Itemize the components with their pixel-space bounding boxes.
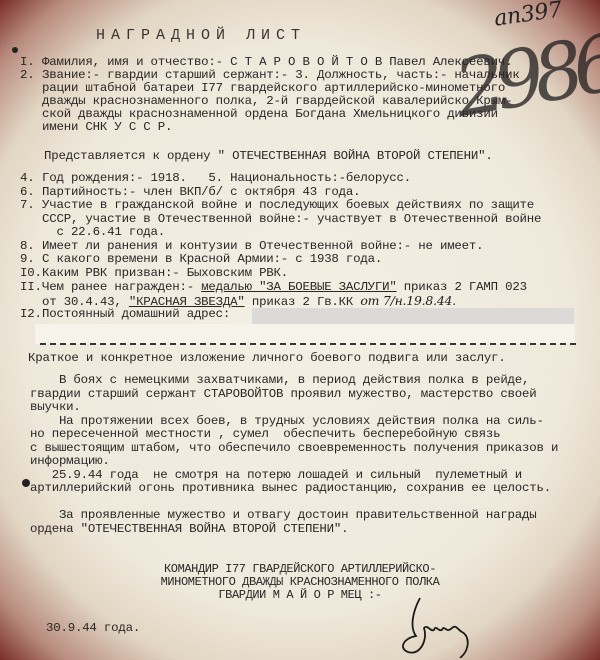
field-text: Имеет ли ранения и контузии в Отечествен… [42, 239, 483, 253]
field-text: дважды краснознаменного полка, 2-й гвард… [42, 94, 512, 108]
field-number: II. [20, 281, 42, 294]
field-text: СССР, участие в Отечественной войне:- уч… [42, 212, 541, 226]
signature-icon [400, 588, 490, 658]
narrative-line: гвардии старший сержант СТАРОВОЙТОВ проя… [30, 388, 537, 401]
field-line: 7.Участие в гражданской войне и последую… [20, 199, 534, 212]
field-text: с 22.6.41 года. [42, 225, 165, 239]
field-number: I0. [20, 267, 42, 280]
field-text: рации штабной батареи I77 гвардейского а… [42, 81, 505, 95]
previous-award-medal: медалью "ЗА БОЕВЫЕ ЗАСЛУГИ" [201, 280, 396, 294]
field-line: имени СНК У С С Р. [42, 121, 172, 134]
field-line: с 22.6.41 года. [42, 226, 165, 239]
field-number: 6. [20, 186, 42, 199]
narrative-line: выучки. [30, 401, 81, 414]
narrative-line: но пересеченной местности , сумел обеспе… [30, 428, 500, 441]
field-line: СССР, участие в Отечественной войне:- уч… [42, 213, 541, 226]
narrative-line: На протяжении всех боев, в трудных услов… [30, 415, 544, 428]
field-text: Участие в гражданской войне и последующи… [42, 198, 534, 212]
field-text: Фамилия, имя и отчество:- С Т А Р О В О … [42, 55, 512, 69]
field-text: Звание:- гвардии старший сержант:- 3. До… [42, 68, 520, 82]
field-text: С какого времени в Красной Армии:- с 193… [42, 252, 382, 266]
field-number: 9. [20, 253, 42, 266]
field-text: имени СНК У С С Р. [42, 120, 172, 134]
narrative-line: 25.9.44 года не смотря на потерю лошадей… [30, 469, 522, 482]
dashed-separator [40, 343, 576, 348]
narrative-line: с вышестоящим штабом, что обеспечило сво… [30, 442, 558, 455]
field-text: ской дважды краснознаменной ордена Богда… [42, 107, 498, 121]
field-line: 4.Год рождения:- 1918. 5. Национальность… [20, 172, 411, 185]
field-line: 9.С какого времени в Красной Армии:- с 1… [20, 253, 382, 266]
award-sheet: ап397 2986 НАГРАДНОЙ ЛИСТ I.Фамилия, имя… [0, 0, 600, 660]
field-line: 6.Партийность:- член ВКП/б/ с октября 43… [20, 186, 360, 199]
archive-number: ап397 [493, 3, 562, 26]
field-line: 8.Имеет ли ранения и контузии в Отечеств… [20, 240, 483, 253]
field-line: I0.Каким РВК призван:- Быховским РВК. [20, 267, 288, 280]
narrative-line: артиллерийский огонь противника вынес ра… [30, 482, 551, 495]
field-number: 4. [20, 172, 42, 185]
commander-line: ГВАРДИИ М А Й О Р МЕЦ :- [0, 589, 600, 602]
field-12: I2.Постоянный домашний адрес: [20, 308, 230, 321]
narrative-line: информацию. [30, 455, 110, 468]
field-text: Каким РВК призван:- Быховским РВК. [42, 266, 288, 280]
summary-heading: Краткое и конкретное изложение личного б… [28, 352, 506, 365]
narrative-line: ордена "ОТЕЧЕСТВЕННАЯ ВОЙНА ВТОРОЙ СТЕПЕ… [30, 523, 348, 536]
field-text: Год рождения:- 1918. 5. Национальность:-… [42, 171, 411, 185]
nomination-line: Представляется к ордену " ОТЕЧЕСТВЕННАЯ … [44, 150, 493, 163]
field-number: 8. [20, 240, 42, 253]
blank-area [35, 324, 575, 344]
field-text: Партийность:- член ВКП/б/ с октября 43 г… [42, 185, 360, 199]
field-number: 2. [20, 69, 42, 82]
redacted-address [252, 308, 574, 324]
handwritten-order-date: от 7/н.19.8.44. [360, 293, 456, 308]
narrative-line: В боях с немецкими захватчиками, в перио… [30, 374, 529, 387]
ink-blot [12, 47, 18, 53]
document-date: 30.9.44 года. [46, 622, 140, 635]
document-title: НАГРАДНОЙ ЛИСТ [96, 29, 306, 42]
narrative-line: За проявленные мужество и отвагу достоин… [30, 509, 537, 522]
ink-blot [22, 479, 30, 487]
field-number: 7. [20, 199, 42, 212]
